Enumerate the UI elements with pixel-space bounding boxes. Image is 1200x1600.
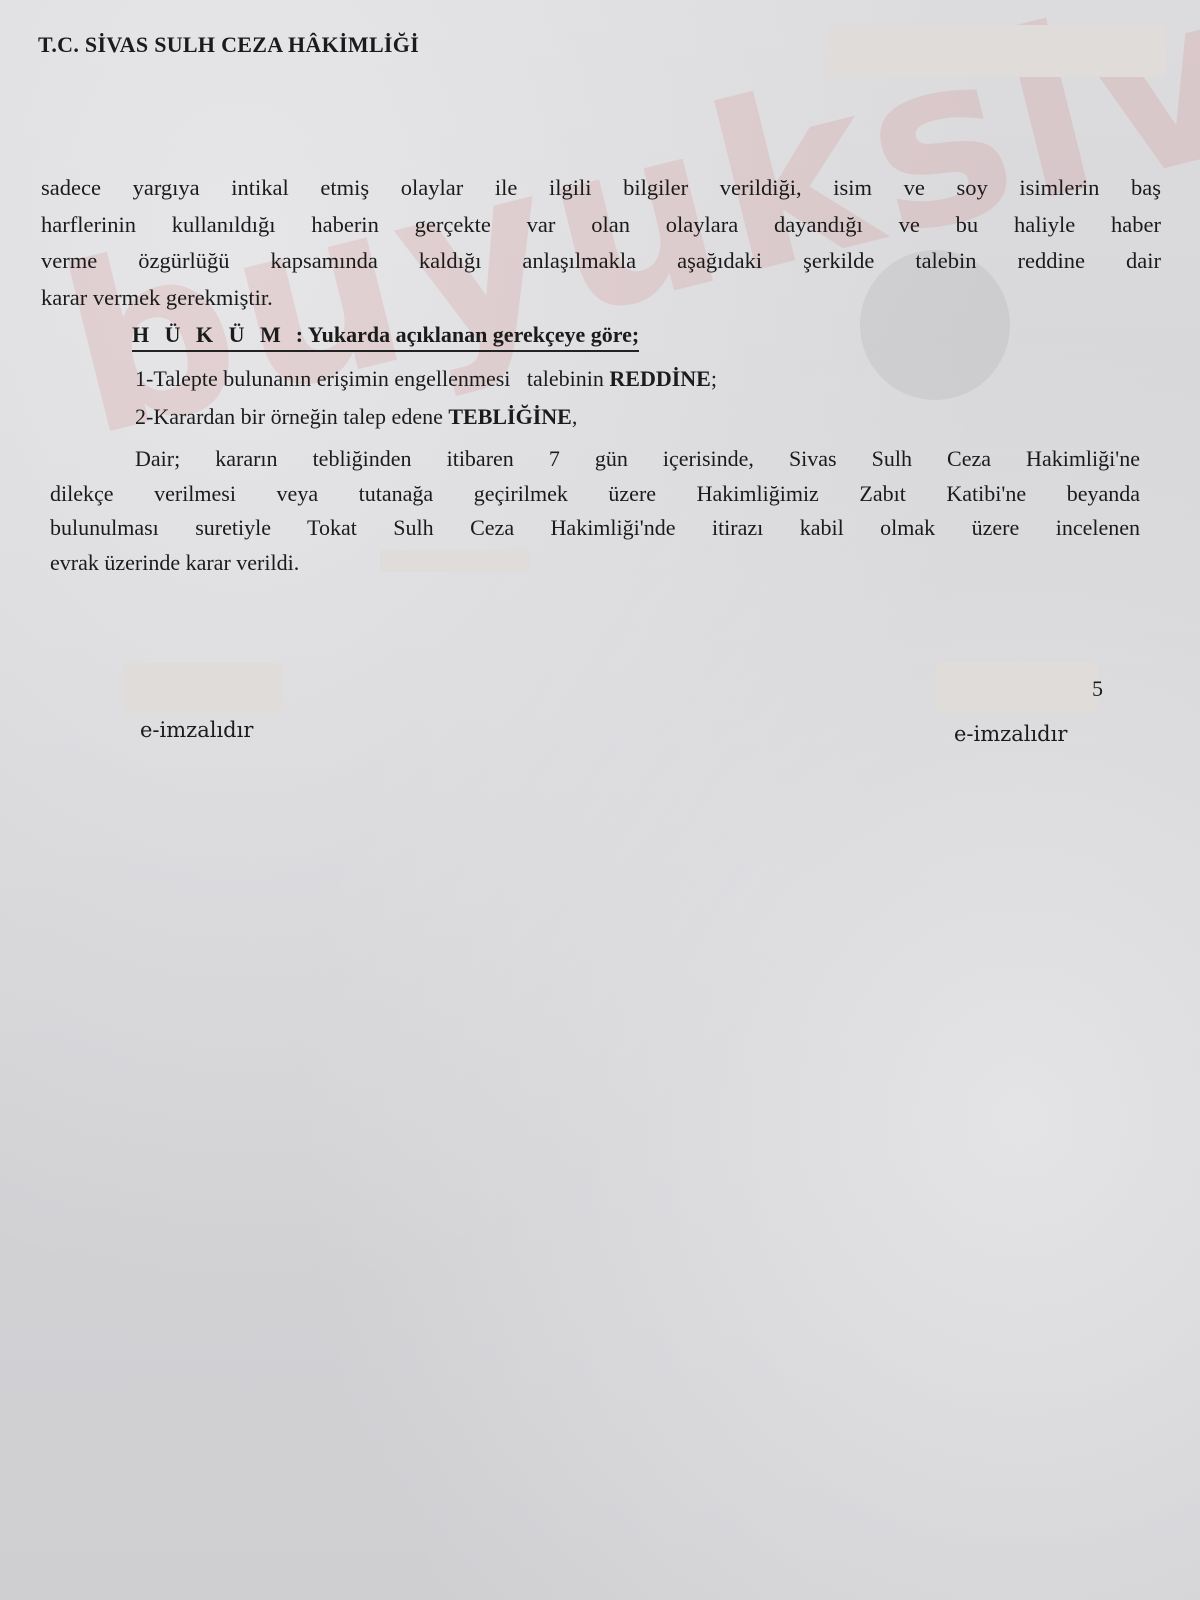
redacted-clerk-name (122, 663, 282, 713)
verdict-heading: H Ü K Ü M: Yukarda açıklanan gerekçeye g… (132, 322, 639, 352)
redacted-judge-name (936, 662, 1098, 712)
verdict-item-2: 2-Karardan bir örneğin talep edene TEBLİ… (135, 404, 577, 430)
verdict-item-decision: TEBLİĞİNE (448, 404, 572, 429)
verdict-item-decision: REDDİNE (609, 366, 710, 391)
body-line: sadece yargıya intikal etmiş olaylar ile… (41, 170, 1161, 207)
appeal-line: bulunulması suretiyle Tokat Sulh Ceza Ha… (50, 511, 1140, 546)
redacted-date (380, 550, 530, 572)
verdict-item-1: 1-Talepte bulunanın erişimin engellenmes… (135, 366, 717, 392)
verdict-intro: : Yukarda açıklanan gerekçeye göre; (296, 322, 639, 347)
redacted-file-number (826, 25, 1166, 77)
court-header: T.C. SİVAS SULH CEZA HÂKİMLİĞİ (38, 32, 419, 58)
appeal-line: dilekçe verilmesi veya tutanağa geçirilm… (50, 477, 1140, 512)
right-signature-label: e-imzalıdır (954, 722, 1067, 746)
left-signature-label: e-imzalıdır (140, 718, 253, 742)
reasoning-paragraph: sadece yargıya intikal etmiş olaylar ile… (41, 170, 1161, 316)
verdict-item-text: 1-Talepte bulunanın erişimin engellenmes… (135, 366, 609, 391)
verdict-item-suffix: ; (711, 366, 717, 391)
signature-trailing-char: 5 (1092, 676, 1103, 702)
verdict-item-text: 2-Karardan bir örneğin talep edene (135, 404, 448, 429)
verdict-label: H Ü K Ü M (132, 322, 286, 347)
appeal-line: evrak üzerinde karar verildi. (50, 546, 1140, 581)
appeal-line: Dair; kararın tebliğinden itibaren 7 gün… (50, 442, 1140, 477)
appeal-paragraph: Dair; kararın tebliğinden itibaren 7 gün… (50, 442, 1140, 580)
body-line: karar vermek gerekmiştir. (41, 280, 1161, 317)
body-line: verme özgürlüğü kapsamında kaldığı anlaş… (41, 243, 1161, 280)
body-line: harflerinin kullanıldığı haberin gerçekt… (41, 207, 1161, 244)
document-page: buyuksivas.com T.C. SİVAS SULH CEZA HÂKİ… (0, 0, 1200, 1600)
verdict-item-suffix: , (572, 404, 578, 429)
